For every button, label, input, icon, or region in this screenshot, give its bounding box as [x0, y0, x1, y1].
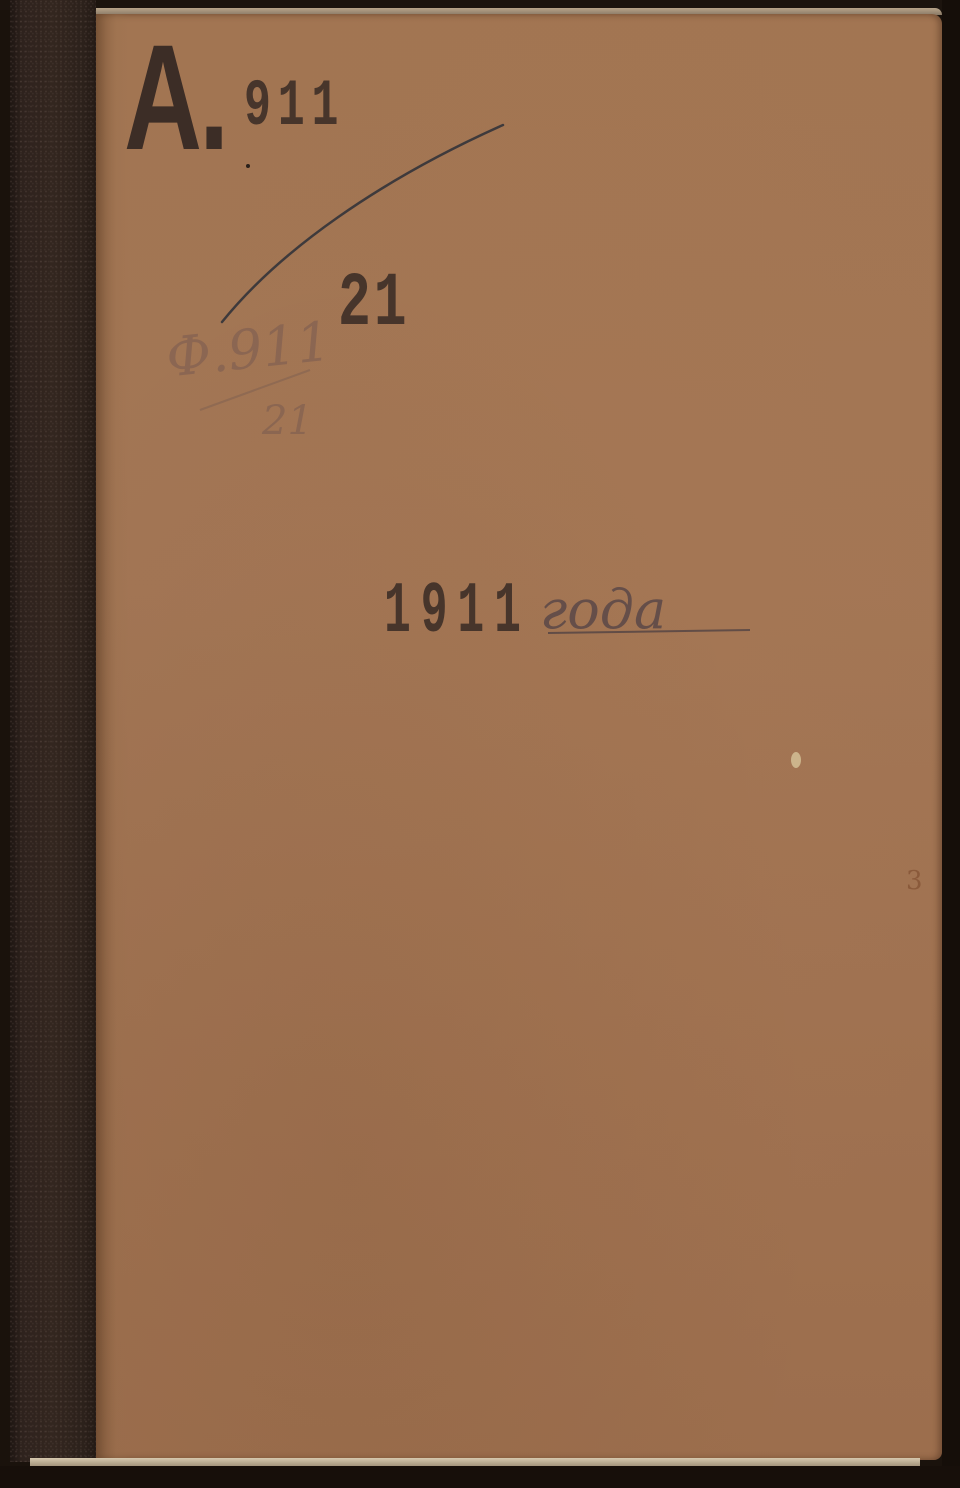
scan-background-bottom: [0, 1466, 960, 1488]
file-number-stamp: 21: [338, 266, 409, 342]
book-spine: [10, 0, 96, 1462]
scan-background-right: [942, 0, 960, 1488]
cover-bottom-edge: [30, 1458, 920, 1466]
fond-letter-stamp: A.: [124, 32, 226, 162]
cover-fold: [96, 14, 130, 1460]
page-mark: 3: [906, 866, 923, 896]
document-cover: [96, 14, 942, 1460]
fond-number-stamp: 911: [244, 72, 345, 142]
pencil-reference-subnumber: 21: [262, 398, 313, 444]
year-suffix-handwriting: года: [540, 578, 666, 641]
year-stamp: 1911: [384, 576, 531, 648]
